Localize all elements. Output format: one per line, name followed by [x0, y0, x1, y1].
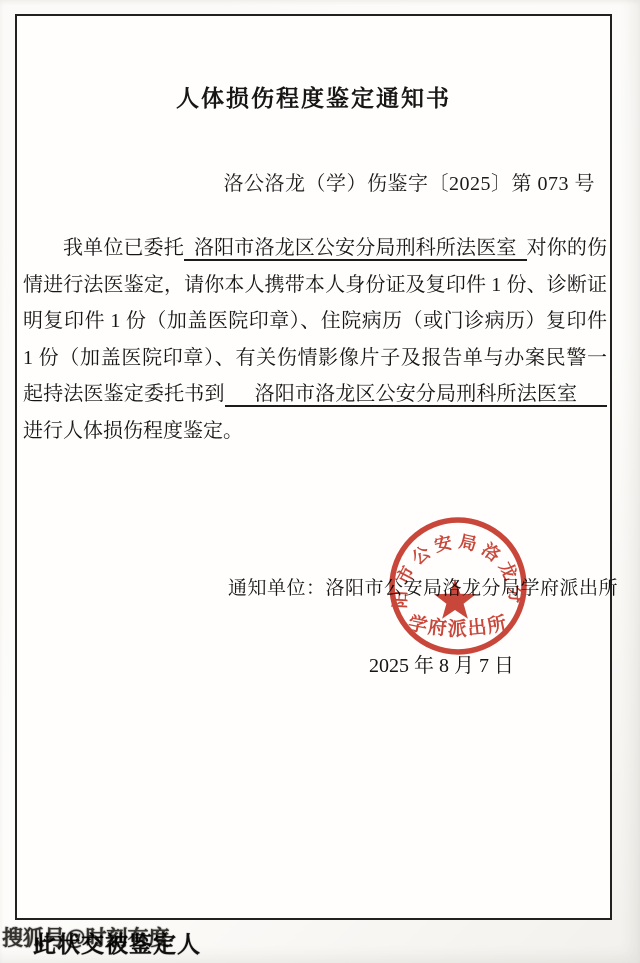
footer-strip: 此状交被鉴定人 搜狐号@时刻有度: [0, 918, 640, 963]
body-segment-1: 我单位已委托: [63, 237, 184, 259]
scanned-page: 人体损伤程度鉴定通知书 洛公洛龙（学）伤鉴字〔2025〕第 073 号 我单位已…: [0, 0, 640, 963]
sohu-watermark: 搜狐号@时刻有度: [2, 922, 169, 952]
body-paragraph: 我单位已委托洛阳市洛龙区公安分局刑科所法医室对你的伤情进行法医鉴定，请你本人携带…: [23, 230, 607, 450]
svg-text:学府派出所: 学府派出所: [406, 611, 509, 640]
body-segment-3: 进行人体损伤程度鉴定。: [23, 420, 243, 442]
seal-bottom-text: 学府派出所: [406, 611, 509, 640]
seal-star-icon: [434, 579, 476, 619]
document-number: 洛公洛龙（学）伤鉴字〔2025〕第 073 号: [224, 167, 596, 196]
document-title: 人体损伤程度鉴定通知书: [17, 80, 610, 113]
document-frame: 人体损伤程度鉴定通知书 洛公洛龙（学）伤鉴字〔2025〕第 073 号 我单位已…: [15, 14, 612, 920]
entrusted-unit-underlined: 洛阳市洛龙区公安分局刑科所法医室: [184, 237, 527, 261]
official-seal: 洛阳市公安局洛龙分局 学府派出所: [383, 511, 533, 661]
body-segment-2: 对你的伤情进行法医鉴定，请你本人携带本人身份证及复印件 1 份、诊断证明复印件 …: [23, 237, 607, 405]
destination-unit-underlined: 洛阳市洛龙区公安分局刑科所法医室: [225, 383, 607, 407]
